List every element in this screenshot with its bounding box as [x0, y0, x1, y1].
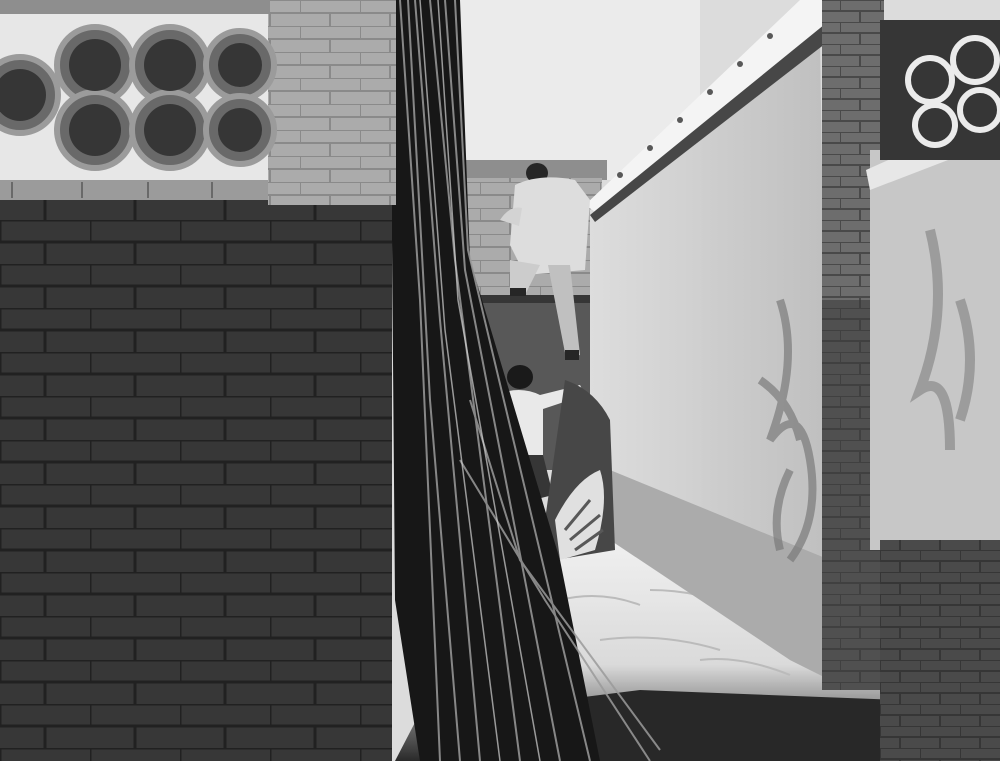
- far-right-wall: [866, 20, 1000, 761]
- tile-lattice: [0, 14, 274, 180]
- film-still: Narrow alley between brick walls; a man …: [0, 0, 1000, 761]
- alley-scene: [0, 0, 1000, 761]
